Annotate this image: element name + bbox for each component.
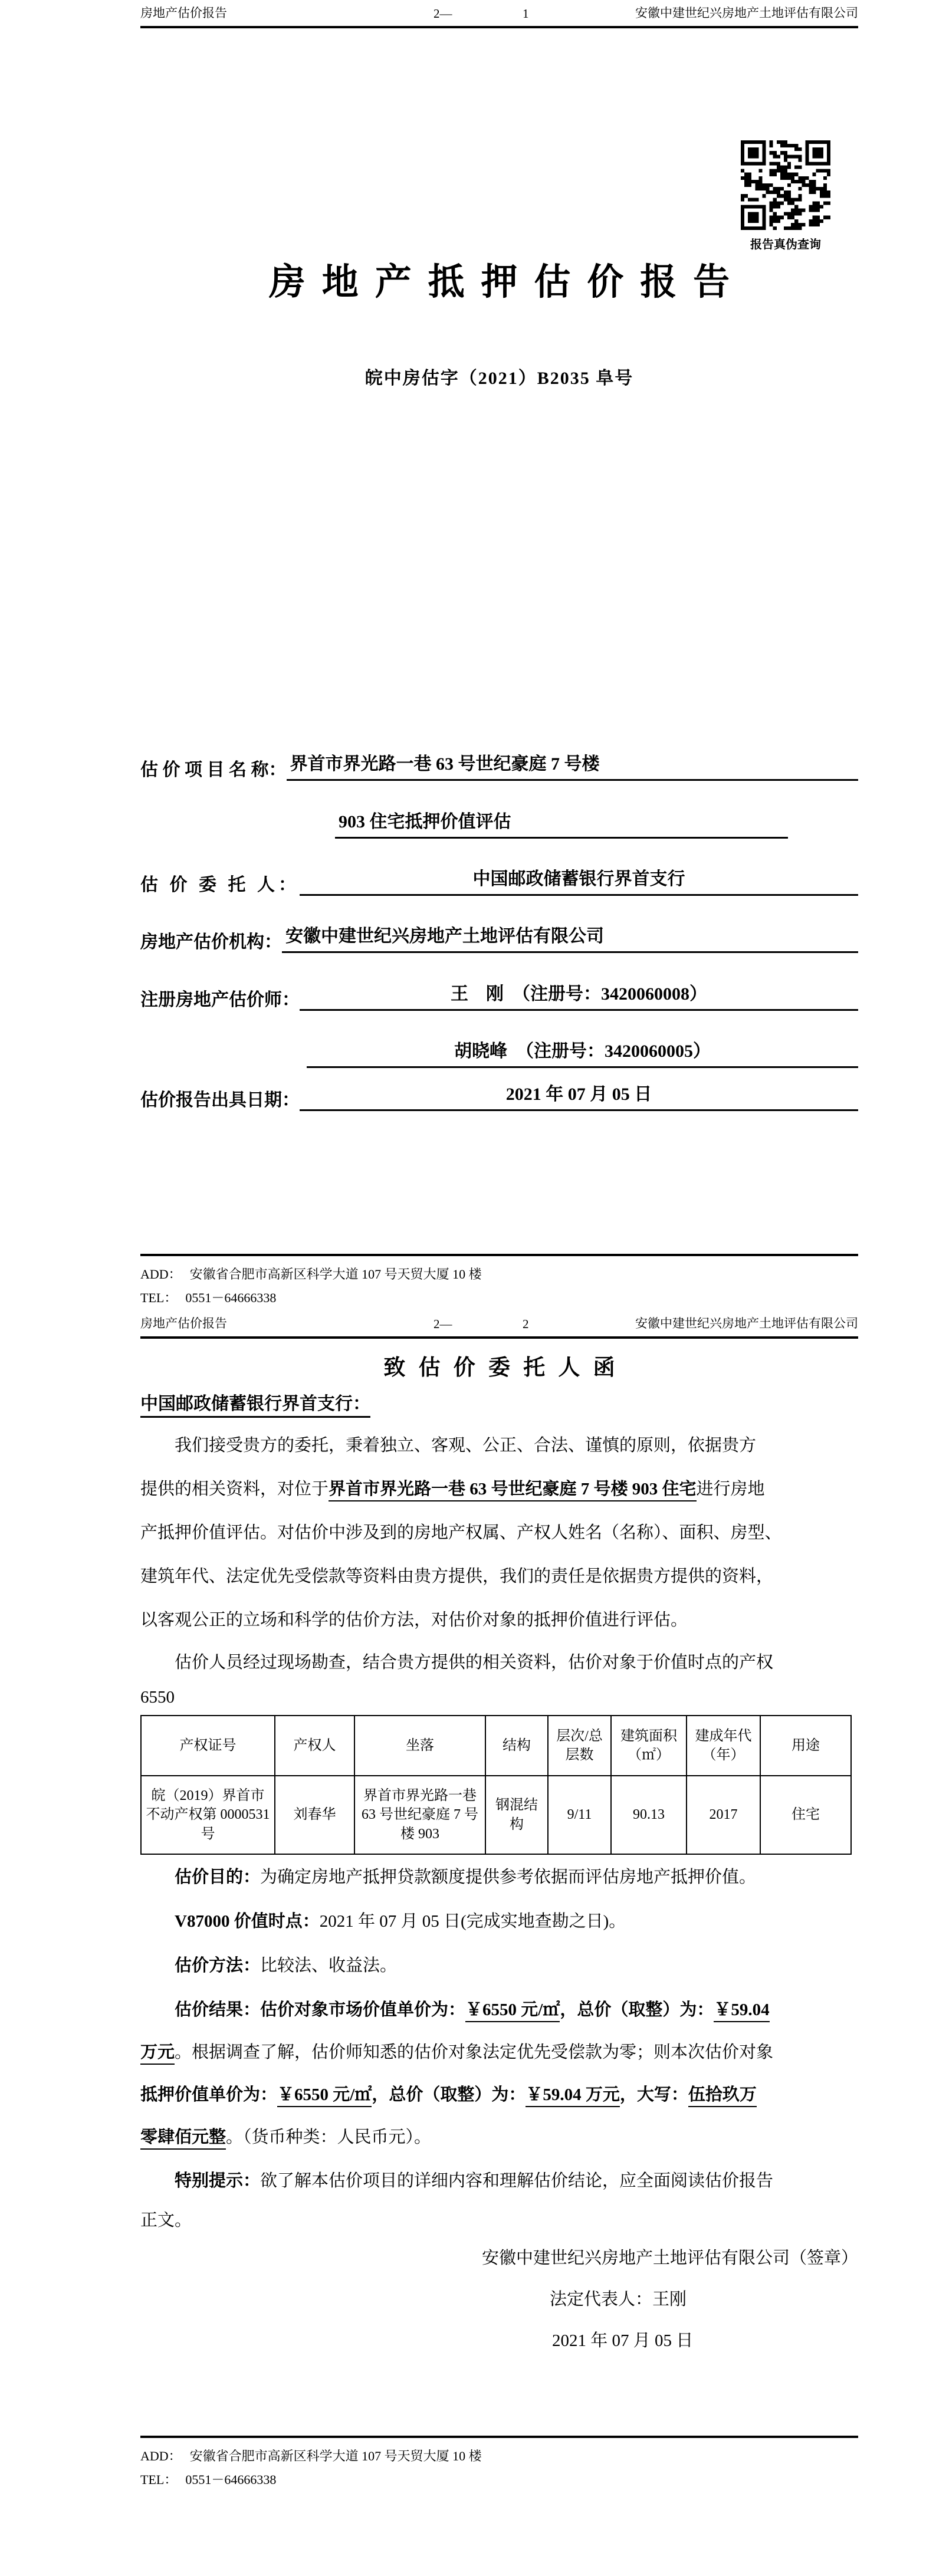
para1-line2: 提供的相关资料，对位于界首市界光路一巷 63 号世纪豪庭 7 号楼 903 住宅… <box>140 1476 860 1500</box>
form-row-project: 估 价 项 目 名 称： 界首市界光路一巷 63 号世纪豪庭 7 号楼 <box>140 747 858 781</box>
phone-label: TEL： <box>140 1290 177 1305</box>
project-label: 估 价 项 目 名 称： <box>140 755 287 781</box>
col-area: 建筑面积（㎡） <box>611 1716 687 1776</box>
header-doc-type: 房地产估价报告 <box>140 1314 227 1332</box>
col-use: 用途 <box>760 1716 851 1776</box>
signature-date: 2021 年 07 月 05 日 <box>552 2327 693 2351</box>
cell-location: 界首市界光路一巷 63 号世纪豪庭 7 号楼 903 <box>354 1776 485 1854</box>
appraiser1-value: 王 刚 （注册号：3420060008） <box>300 979 858 1011</box>
cell-structure: 钢混结构 <box>485 1776 548 1854</box>
table-header-row: 产权证号 产权人 坐落 结构 层次/总层数 建筑面积（㎡） 建成年代（年） 用途 <box>141 1716 851 1776</box>
method-line: 估价方法：比较法、收益法。 <box>140 1952 860 1976</box>
agency-value: 安徽中建世纪兴房地产土地评估有限公司 <box>282 921 858 953</box>
value-date-line: V87000 价值时点：2021 年 07 月 05 日(完成实地查勘之日)。 <box>140 1908 860 1932</box>
salutation: 中国邮政储蓄银行界首支行： <box>140 1389 370 1415</box>
cell-owner: 刘春华 <box>275 1776 354 1854</box>
purpose-line: 估价目的：为确定房地产抵押贷款额度提供参考依据而评估房地产抵押价值。 <box>140 1864 860 1888</box>
col-location: 坐落 <box>354 1716 485 1776</box>
cell-floor: 9/11 <box>548 1776 611 1854</box>
result-label: 估价结果： <box>175 2000 260 2019</box>
header-pagination-prefix: 2— <box>433 6 452 21</box>
page1-footer-address: ADD：安徽省合肥市高新区科学大道 107 号天贸大厦 10 楼 <box>140 1264 482 1283</box>
col-owner: 产权人 <box>275 1716 354 1776</box>
qr-code <box>741 140 830 230</box>
para2-line2: 6550 <box>140 1688 860 1707</box>
unit-price-value: ￥6550 元/㎡ <box>465 2000 560 2022</box>
para2-line1: 估价人员经过现场勘查，结合贵方提供的相关资料，估价对象于价值时点的产权 <box>140 1649 860 1673</box>
mortgage-unit-price-value: ￥6550 元/㎡ <box>277 2085 372 2107</box>
para1-line5: 以客观公正的立场和科学的估价方法，对估价对象的抵押价值进行评估。 <box>140 1606 860 1631</box>
address-value: 安徽省合肥市高新区科学大道 107 号天贸大厦 10 楼 <box>190 2449 482 2463</box>
signature-company: 安徽中建世纪兴房地产土地评估有限公司（签章） <box>140 2245 858 2269</box>
report-date-value: 2021 年 07 月 05 日 <box>300 1079 858 1111</box>
address-label: ADD： <box>140 2449 182 2463</box>
phone-value: 0551－64666338 <box>185 1290 276 1305</box>
form-row-project-2: 903 住宅抵押价值评估 <box>140 804 858 839</box>
col-structure: 结构 <box>485 1716 548 1776</box>
amount-in-words-part2: 零肆佰元整 <box>140 2128 226 2150</box>
amount-in-words-part1: 伍拾玖万 <box>688 2085 757 2107</box>
value-date-label: V87000 价值时点： <box>175 1912 320 1931</box>
form-row-agency: 房地产估价机构： 安徽中建世纪兴房地产土地评估有限公司 <box>140 919 858 953</box>
page1-running-header: 房地产估价报告 2— 1 安徽中建世纪兴房地产土地评估有限公司 <box>140 0 858 28</box>
table-row: 皖（2019）界首市不动产权第 0000531 号 刘春华 界首市界光路一巷 6… <box>141 1776 851 1854</box>
result-line1: 估价结果：估价对象市场价值单价为：￥6550 元/㎡，总价（取整）为：￥59.0… <box>140 1996 860 2020</box>
project-value-line1: 界首市界光路一巷 63 号世纪豪庭 7 号楼 <box>287 749 859 781</box>
special-note-line2: 正文。 <box>140 2207 860 2231</box>
total-price-value: ￥59.04 <box>714 2000 769 2022</box>
method-label: 估价方法： <box>175 1956 260 1975</box>
header-doc-type: 房地产估价报告 <box>140 4 227 21</box>
phone-value: 0551－64666338 <box>185 2472 276 2487</box>
result-line3: 抵押价值单价为：￥6550 元/㎡，总价（取整）为：￥59.04 万元，大写：伍… <box>140 2081 860 2105</box>
header-company: 安徽中建世纪兴房地产土地评估有限公司 <box>635 1314 858 1332</box>
appraisal-report-document: 房地产估价报告 2— 1 安徽中建世纪兴房地产土地评估有限公司 报告真伪查询 房… <box>0 0 936 2576</box>
special-note-label: 特别提示： <box>175 2171 260 2190</box>
page2-running-header: 房地产估价报告 2— 2 安徽中建世纪兴房地产土地评估有限公司 <box>140 1310 858 1339</box>
signature-representative: 法定代表人：王刚 <box>550 2286 687 2310</box>
page2-footer-phone: TEL：0551－64666338 <box>140 2470 276 2488</box>
col-floor: 层次/总层数 <box>548 1716 611 1776</box>
client-label: 估 价 委 托 人： <box>140 870 300 896</box>
appraiser2-value: 胡晓峰 （注册号：3420060005） <box>307 1036 858 1068</box>
report-title: 房地产抵押估价报告 <box>140 252 858 305</box>
col-cert-no: 产权证号 <box>141 1716 275 1776</box>
header-company: 安徽中建世纪兴房地产土地评估有限公司 <box>635 4 858 21</box>
mortgage-total-price-value: ￥59.04 万元 <box>526 2085 620 2107</box>
address-label: ADD： <box>140 1267 182 1282</box>
cell-cert-no: 皖（2019）界首市不动产权第 0000531 号 <box>141 1776 275 1854</box>
header-page-number: 1 <box>523 6 529 21</box>
qr-caption: 报告真伪查询 <box>723 235 848 252</box>
client-value: 中国邮政储蓄银行界首支行 <box>300 864 858 896</box>
form-row-report-date: 估价报告出具日期： 2021 年 07 月 05 日 <box>140 1077 858 1111</box>
page2-footer-address: ADD：安徽省合肥市高新区科学大道 107 号天贸大厦 10 楼 <box>140 2446 482 2465</box>
special-note-line1: 特别提示：欲了解本估价项目的详细内容和理解估价结论，应全面阅读估价报告 <box>140 2167 860 2191</box>
para1-line1: 我们接受贵方的委托，秉着独立、客观、公正、合法、谨慎的原则，依据贵方 <box>140 1432 860 1456</box>
report-date-label: 估价报告出具日期： <box>140 1085 300 1111</box>
para1-line3: 产抵押价值评估。对估价中涉及到的房地产权属、产权人姓名（名称）、面积、房型、 <box>140 1519 860 1543</box>
project-value-line2: 903 住宅抵押价值评估 <box>335 807 788 839</box>
appraiser-label: 注册房地产估价师： <box>140 985 300 1011</box>
page1-footer-rule <box>140 1254 858 1256</box>
subject-property-underlined: 界首市界光路一巷 63 号世纪豪庭 7 号楼 903 住宅 <box>329 1480 697 1501</box>
result-line4: 零肆佰元整。（货币种类：人民币元）。 <box>140 2124 860 2148</box>
report-doc-number: 皖中房估字（2021）B2035 阜号 <box>140 363 858 389</box>
result-line2: 万元。根据调查了解，估价师知悉的估价对象法定优先受偿款为零；则本次估价对象 <box>140 2039 860 2063</box>
header-page-number: 2 <box>523 1317 529 1332</box>
cell-area: 90.13 <box>611 1776 687 1854</box>
agency-label: 房地产估价机构： <box>140 927 282 953</box>
form-row-appraiser-1: 注册房地产估价师： 王 刚 （注册号：3420060008） <box>140 977 858 1011</box>
form-row-appraiser-2: 胡晓峰 （注册号：3420060005） <box>140 1034 858 1068</box>
cell-use: 住宅 <box>760 1776 851 1854</box>
para1-line4: 建筑年代、法定优先受偿款等资料由贵方提供，我们的责任是依据贵方提供的资料， <box>140 1563 860 1587</box>
purpose-label: 估价目的： <box>175 1868 260 1887</box>
cell-year: 2017 <box>687 1776 760 1854</box>
property-table: 产权证号 产权人 坐落 结构 层次/总层数 建筑面积（㎡） 建成年代（年） 用途… <box>140 1715 852 1855</box>
form-row-client: 估 价 委 托 人： 中国邮政储蓄银行界首支行 <box>140 862 858 896</box>
phone-label: TEL： <box>140 2472 177 2487</box>
address-value: 安徽省合肥市高新区科学大道 107 号天贸大厦 10 楼 <box>190 1267 482 1282</box>
page2-footer-rule <box>140 2436 858 2438</box>
col-year: 建成年代（年） <box>687 1716 760 1776</box>
letter-title: 致估价委托人函 <box>140 1349 858 1381</box>
page1-footer-phone: TEL：0551－64666338 <box>140 1288 276 1306</box>
header-pagination-prefix: 2— <box>433 1317 452 1332</box>
